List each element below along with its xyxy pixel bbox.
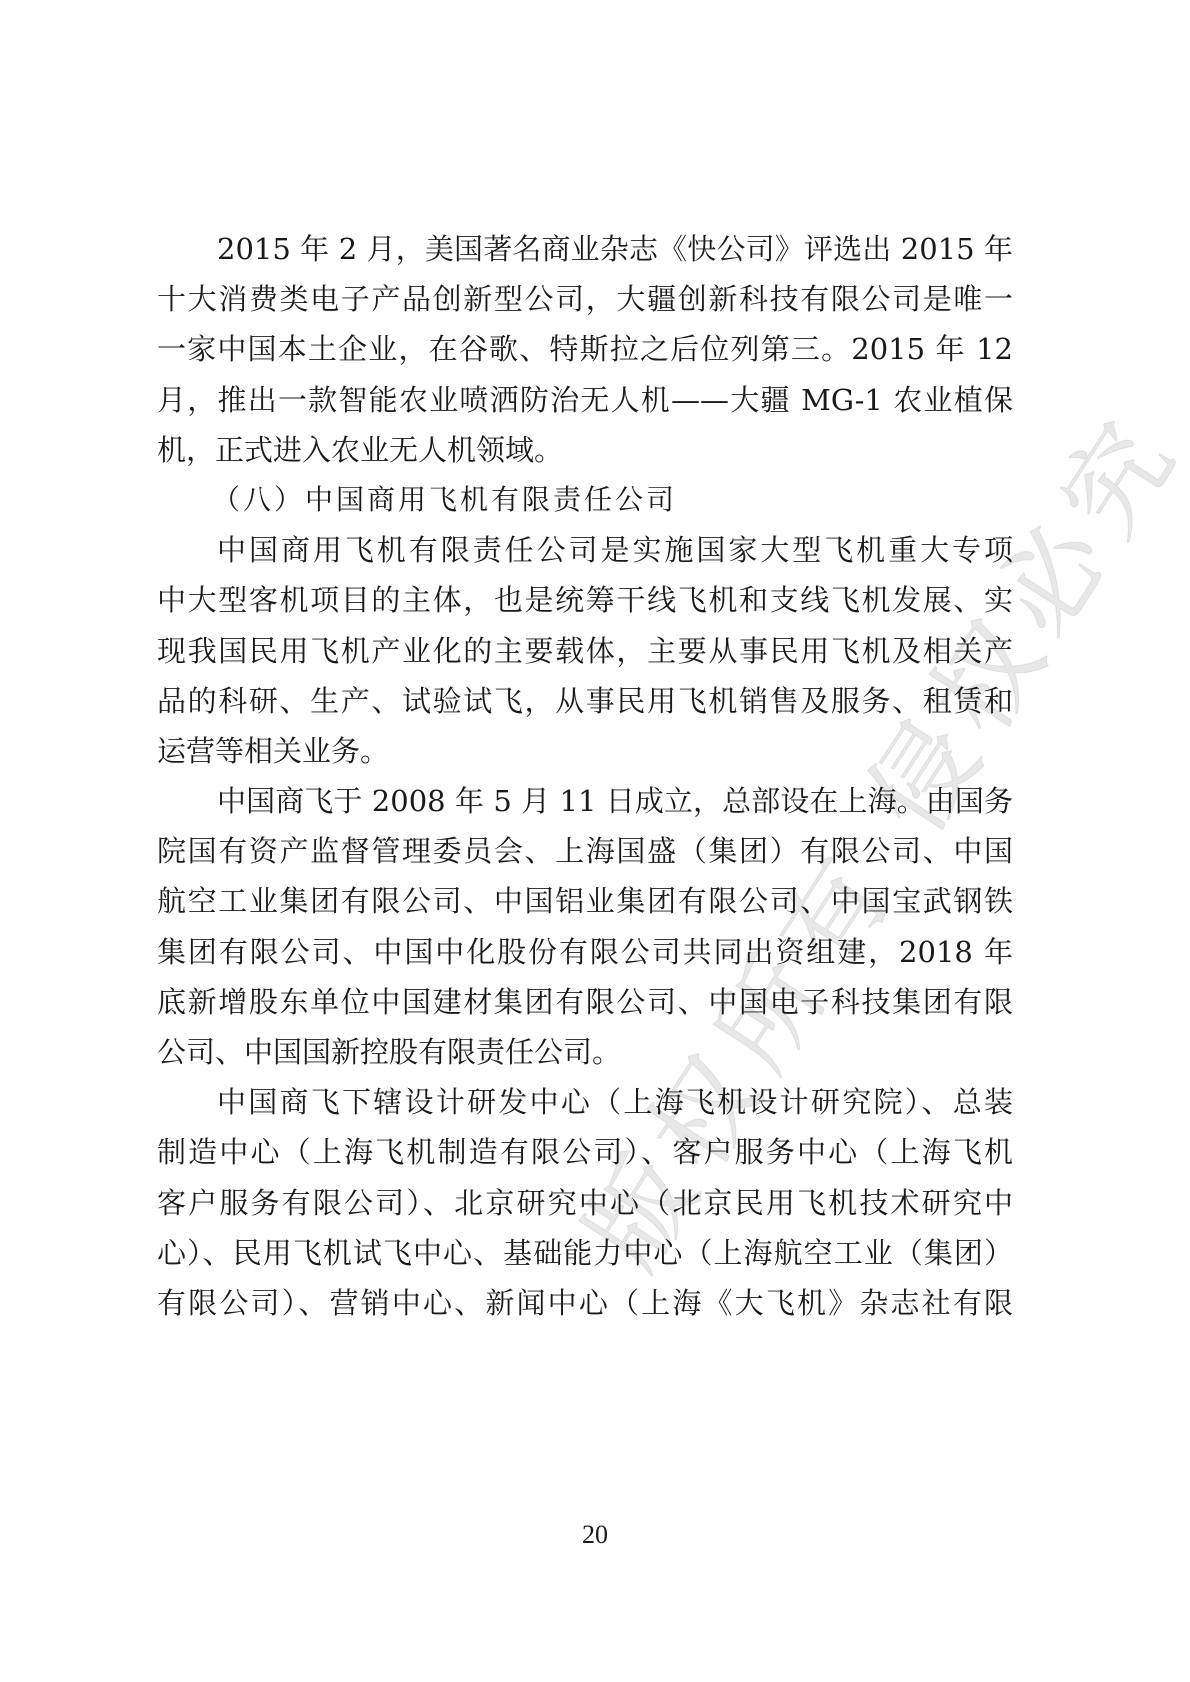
text-line: 一家中国本土企业，在谷歌、特斯拉之后位列第三。2015 年 12 xyxy=(157,324,1013,374)
text-line: 有限公司）、营销中心、新闻中心（上海《大飞机》杂志社有限 xyxy=(157,1278,1013,1328)
text-line: 现我国民用飞机产业化的主要载体，主要从事民用飞机及相关产 xyxy=(157,626,1013,676)
text-line: 客户服务有限公司）、北京研究中心（北京民用飞机技术研究中 xyxy=(157,1178,1013,1228)
text-line: 2015 年 2 月，美国著名商业杂志《快公司》评选出 2015 年 xyxy=(157,224,1013,274)
text-line: 中国商飞下辖设计研发中心（上海飞机设计研究院）、总装 xyxy=(157,1077,1013,1127)
paragraph-comac-intro: 中国商用飞机有限责任公司是实施国家大型飞机重大专项 中大型客机项目的主体，也是统… xyxy=(157,525,1013,776)
text-line: 品的科研、生产、试验试飞，从事民用飞机销售及服务、租赁和 xyxy=(157,676,1013,726)
text-line: 中国商用飞机有限责任公司是实施国家大型飞机重大专项 xyxy=(157,525,1013,575)
document-page: 版权所有 侵权必究 2015 年 2 月，美国著名商业杂志《快公司》评选出 20… xyxy=(0,0,1190,1682)
text-line: 中大型客机项目的主体，也是统筹干线飞机和支线飞机发展、实 xyxy=(157,575,1013,625)
text-line: 机，正式进入农业无人机领域。 xyxy=(157,425,1013,475)
page-number: 20 xyxy=(0,1520,1190,1550)
paragraph-comac-founding: 中国商飞于 2008 年 5 月 11 日成立，总部设在上海。由国务 院国有资产… xyxy=(157,776,1013,1077)
body-text: 2015 年 2 月，美国著名商业杂志《快公司》评选出 2015 年 十大消费类… xyxy=(157,224,1013,1328)
text-line: 十大消费类电子产品创新型公司，大疆创新科技有限公司是唯一 xyxy=(157,274,1013,324)
section-heading: （八）中国商用飞机有限责任公司 xyxy=(157,475,1013,525)
text-line: 航空工业集团有限公司、中国铝业集团有限公司、中国宝武钢铁 xyxy=(157,876,1013,926)
paragraph-comac-subsidiaries: 中国商飞下辖设计研发中心（上海飞机设计研究院）、总装 制造中心（上海飞机制造有限… xyxy=(157,1077,1013,1328)
text-line: 底新增股东单位中国建材集团有限公司、中国电子科技集团有限 xyxy=(157,977,1013,1027)
text-line: 心）、民用飞机试飞中心、基础能力中心（上海航空工业（集团） xyxy=(157,1228,1013,1278)
text-line: 月，推出一款智能农业喷洒防治无人机——大疆 MG-1 农业植保 xyxy=(157,375,1013,425)
text-line: 公司、中国国新控股有限责任公司。 xyxy=(157,1027,1013,1077)
text-line: 院国有资产监督管理委员会、上海国盛（集团）有限公司、中国 xyxy=(157,826,1013,876)
paragraph-dji-award: 2015 年 2 月，美国著名商业杂志《快公司》评选出 2015 年 十大消费类… xyxy=(157,224,1013,475)
text-line: 中国商飞于 2008 年 5 月 11 日成立，总部设在上海。由国务 xyxy=(157,776,1013,826)
text-line: 运营等相关业务。 xyxy=(157,726,1013,776)
text-line: 制造中心（上海飞机制造有限公司）、客户服务中心（上海飞机 xyxy=(157,1127,1013,1177)
text-line: 集团有限公司、中国中化股份有限公司共同出资组建，2018 年 xyxy=(157,927,1013,977)
